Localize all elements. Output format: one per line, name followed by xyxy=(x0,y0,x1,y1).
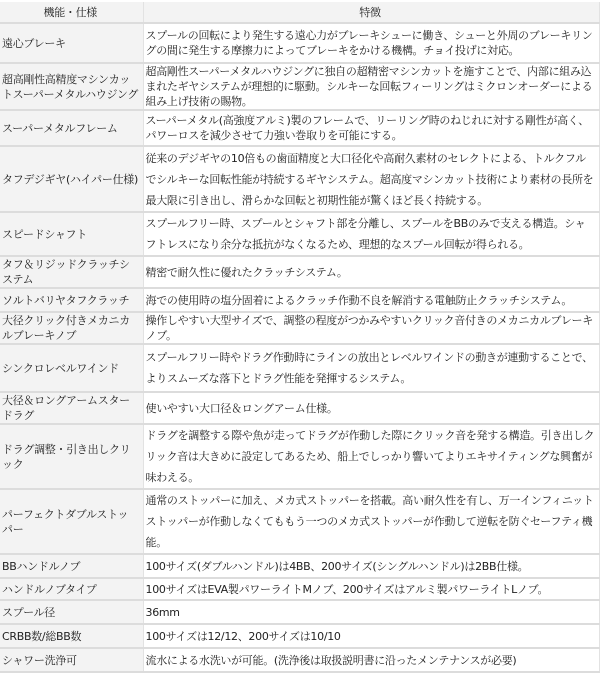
feature-cell: パーフェクトダブルストッパー xyxy=(0,489,143,554)
description-cell: 100サイズ(ダブルハンドル)は4BB、200サイズ(シングルハンドル)は2BB… xyxy=(143,554,599,578)
feature-cell: スピードシャフト xyxy=(0,212,143,256)
feature-cell: 遠心ブレーキ xyxy=(0,23,143,63)
table-row: 超高剛性高精度マシンカットスーパーメタルハウジング超高剛性スーパーメタルハウジン… xyxy=(0,63,599,110)
description-cell: 100サイズはEVA製パワーライトMノブ、200サイズはアルミ製パワーライトLノ… xyxy=(143,578,599,600)
description-cell: 使いやすい大口径＆ロングアーム仕様。 xyxy=(143,392,599,424)
table-row: スーパーメタルフレームスーパーメタル(高強度アルミ)製のフレームで、リーリング時… xyxy=(0,110,599,146)
description-cell: スプールフリー時、スプールとシャフト部を分離し、スプールをBBのみで支える構造。… xyxy=(143,212,599,256)
feature-cell: 超高剛性高精度マシンカットスーパーメタルハウジング xyxy=(0,63,143,110)
table-row: ハンドルノブタイプ100サイズはEVA製パワーライトMノブ、200サイズはアルミ… xyxy=(0,578,599,600)
description-cell: スーパーメタル(高強度アルミ)製のフレームで、リーリング時のねじれに対する剛性が… xyxy=(143,110,599,146)
feature-cell: ドラグ調整・引き出しクリック xyxy=(0,424,143,489)
table-row: スピードシャフトスプールフリー時、スプールとシャフト部を分離し、スプールをBBの… xyxy=(0,212,599,256)
table-row: 大径＆ロングアームスタードラグ使いやすい大口径＆ロングアーム仕様。 xyxy=(0,392,599,424)
table-header-row: 機能・仕様 特徴 xyxy=(0,2,599,23)
description-cell: ドラグを調整する際や魚が走ってドラグが作動した際にクリック音を発する構造。引き出… xyxy=(143,424,599,489)
description-cell: 超高剛性スーパーメタルハウジングに独自の超精密マシンカットを施すことで、内部に組… xyxy=(143,63,599,110)
table-row: 大径クリック付きメカニカルブレーキノブ操作しやすい大型サイズで、調整の程度がつか… xyxy=(0,312,599,344)
description-cell: 精密で耐久性に優れたクラッチシステム。 xyxy=(143,256,599,288)
header-description: 特徴 xyxy=(143,2,599,23)
feature-cell: ソルトバリヤタフクラッチ xyxy=(0,288,143,312)
header-feature: 機能・仕様 xyxy=(0,2,143,23)
table-row: タフデジギヤ(ハイパー仕様)従来のデジギヤの10倍もの歯面精度と大口径化や高耐久… xyxy=(0,146,599,212)
feature-cell: 大径＆ロングアームスタードラグ xyxy=(0,392,143,424)
table-row: タフ＆リジッドクラッチシステム精密で耐久性に優れたクラッチシステム。 xyxy=(0,256,599,288)
feature-cell: シンクロレベルワインド xyxy=(0,344,143,392)
description-cell: 従来のデジギヤの10倍もの歯面精度と大口径化や高耐久素材のセレクトによる、トルク… xyxy=(143,146,599,212)
description-cell: スプールの回転により発生する遠心力がブレーキシューに働き、シューと外周のブレーキ… xyxy=(143,23,599,63)
description-cell: 操作しやすい大型サイズで、調整の程度がつかみやすいクリック音付きのメカニカルブレ… xyxy=(143,312,599,344)
table-row: シンクロレベルワインドスプールフリー時やドラグ作動時にラインの放出とレベルワイン… xyxy=(0,344,599,392)
description-cell: スプールフリー時やドラグ作動時にラインの放出とレベルワインドの動きが連動すること… xyxy=(143,344,599,392)
description-cell: 通常のストッパーに加え、メカ式ストッパーを搭載。高い耐久性を有し、万一インフィニ… xyxy=(143,489,599,554)
table-row: BBハンドルノブ100サイズ(ダブルハンドル)は4BB、200サイズ(シングルハ… xyxy=(0,554,599,578)
spec-table: 機能・仕様 特徴 遠心ブレーキスプールの回転により発生する遠心力がブレーキシュー… xyxy=(0,2,600,600)
feature-cell: タフ＆リジッドクラッチシステム xyxy=(0,256,143,288)
feature-cell: ハンドルノブタイプ xyxy=(0,578,143,600)
description-cell: 海での使用時の塩分固着によるクラッチ作動不良を解消する電触防止クラッチシステム。 xyxy=(143,288,599,312)
table-row: パーフェクトダブルストッパー通常のストッパーに加え、メカ式ストッパーを搭載。高い… xyxy=(0,489,599,554)
table-row: ソルトバリヤタフクラッチ海での使用時の塩分固着によるクラッチ作動不良を解消する電… xyxy=(0,288,599,312)
feature-cell: 大径クリック付きメカニカルブレーキノブ xyxy=(0,312,143,344)
feature-cell: BBハンドルノブ xyxy=(0,554,143,578)
feature-cell: タフデジギヤ(ハイパー仕様) xyxy=(0,146,143,212)
table-row: 遠心ブレーキスプールの回転により発生する遠心力がブレーキシューに働き、シューと外… xyxy=(0,23,599,63)
table-row: ドラグ調整・引き出しクリックドラグを調整する際や魚が走ってドラグが作動した際にク… xyxy=(0,424,599,489)
feature-cell: スーパーメタルフレーム xyxy=(0,110,143,146)
